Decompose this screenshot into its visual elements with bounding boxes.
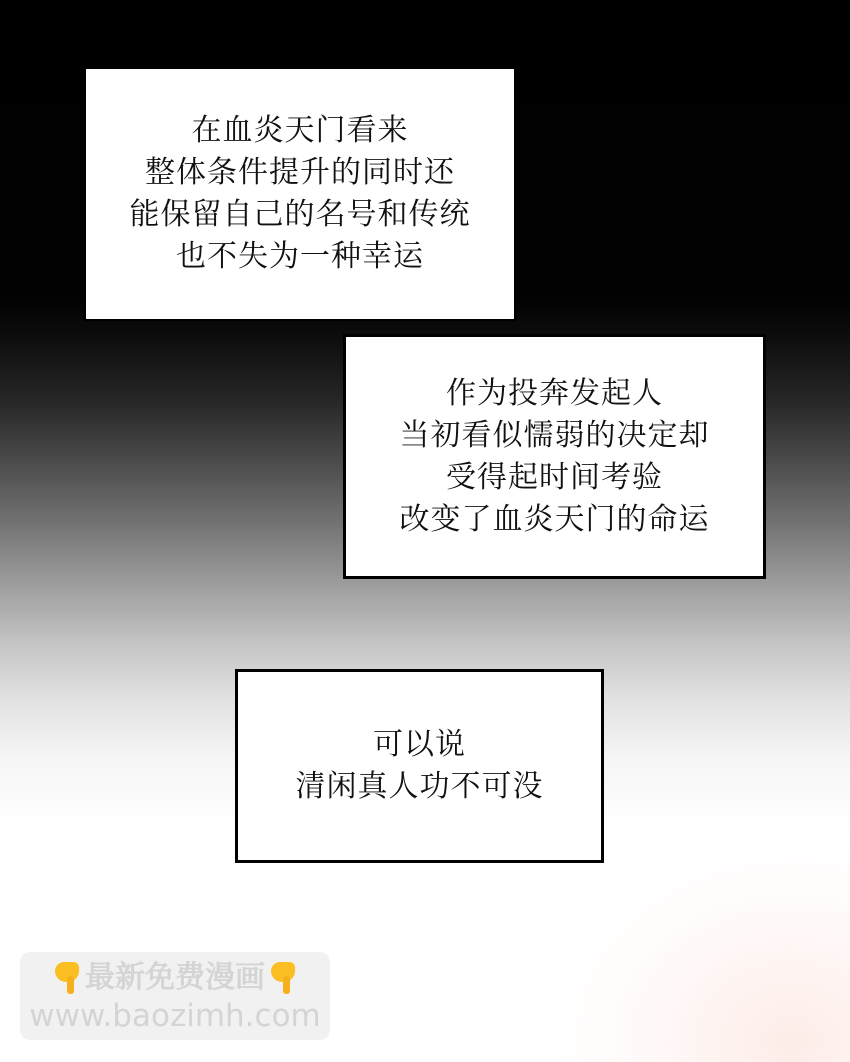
background-tint bbox=[560, 850, 850, 1062]
watermark-badge[interactable]: 最新免费漫画 www.baozimh.com bbox=[20, 952, 330, 1040]
caption-box-1: 在血炎天门看来 整体条件提升的同时还 能保留自己的名号和传统 也不失为一种幸运 bbox=[84, 67, 516, 321]
pointing-down-hand-icon bbox=[53, 960, 81, 996]
caption-box-2: 作为投奔发起人 当初看似懦弱的决定却 受得起时间考验 改变了血炎天门的命运 bbox=[343, 334, 766, 579]
pointing-down-hand-icon bbox=[269, 960, 297, 996]
watermark-url[interactable]: www.baozimh.com bbox=[29, 998, 321, 1034]
caption-line: 也不失为一种幸运 bbox=[176, 236, 424, 278]
caption-line: 能保留自己的名号和传统 bbox=[130, 194, 471, 236]
watermark-title: 最新免费漫画 bbox=[85, 958, 265, 998]
caption-line: 清闲真人功不可没 bbox=[296, 766, 544, 808]
watermark-title-row: 最新免费漫画 bbox=[49, 958, 301, 998]
caption-box-3: 可以说 清闲真人功不可没 bbox=[235, 669, 604, 863]
caption-line: 在血炎天门看来 bbox=[192, 110, 409, 152]
caption-line: 作为投奔发起人 bbox=[446, 373, 663, 415]
caption-line: 可以说 bbox=[373, 724, 466, 766]
caption-line: 受得起时间考验 bbox=[446, 457, 663, 499]
caption-line: 改变了血炎天门的命运 bbox=[400, 499, 710, 541]
caption-line: 当初看似懦弱的决定却 bbox=[400, 415, 710, 457]
caption-line: 整体条件提升的同时还 bbox=[145, 152, 455, 194]
